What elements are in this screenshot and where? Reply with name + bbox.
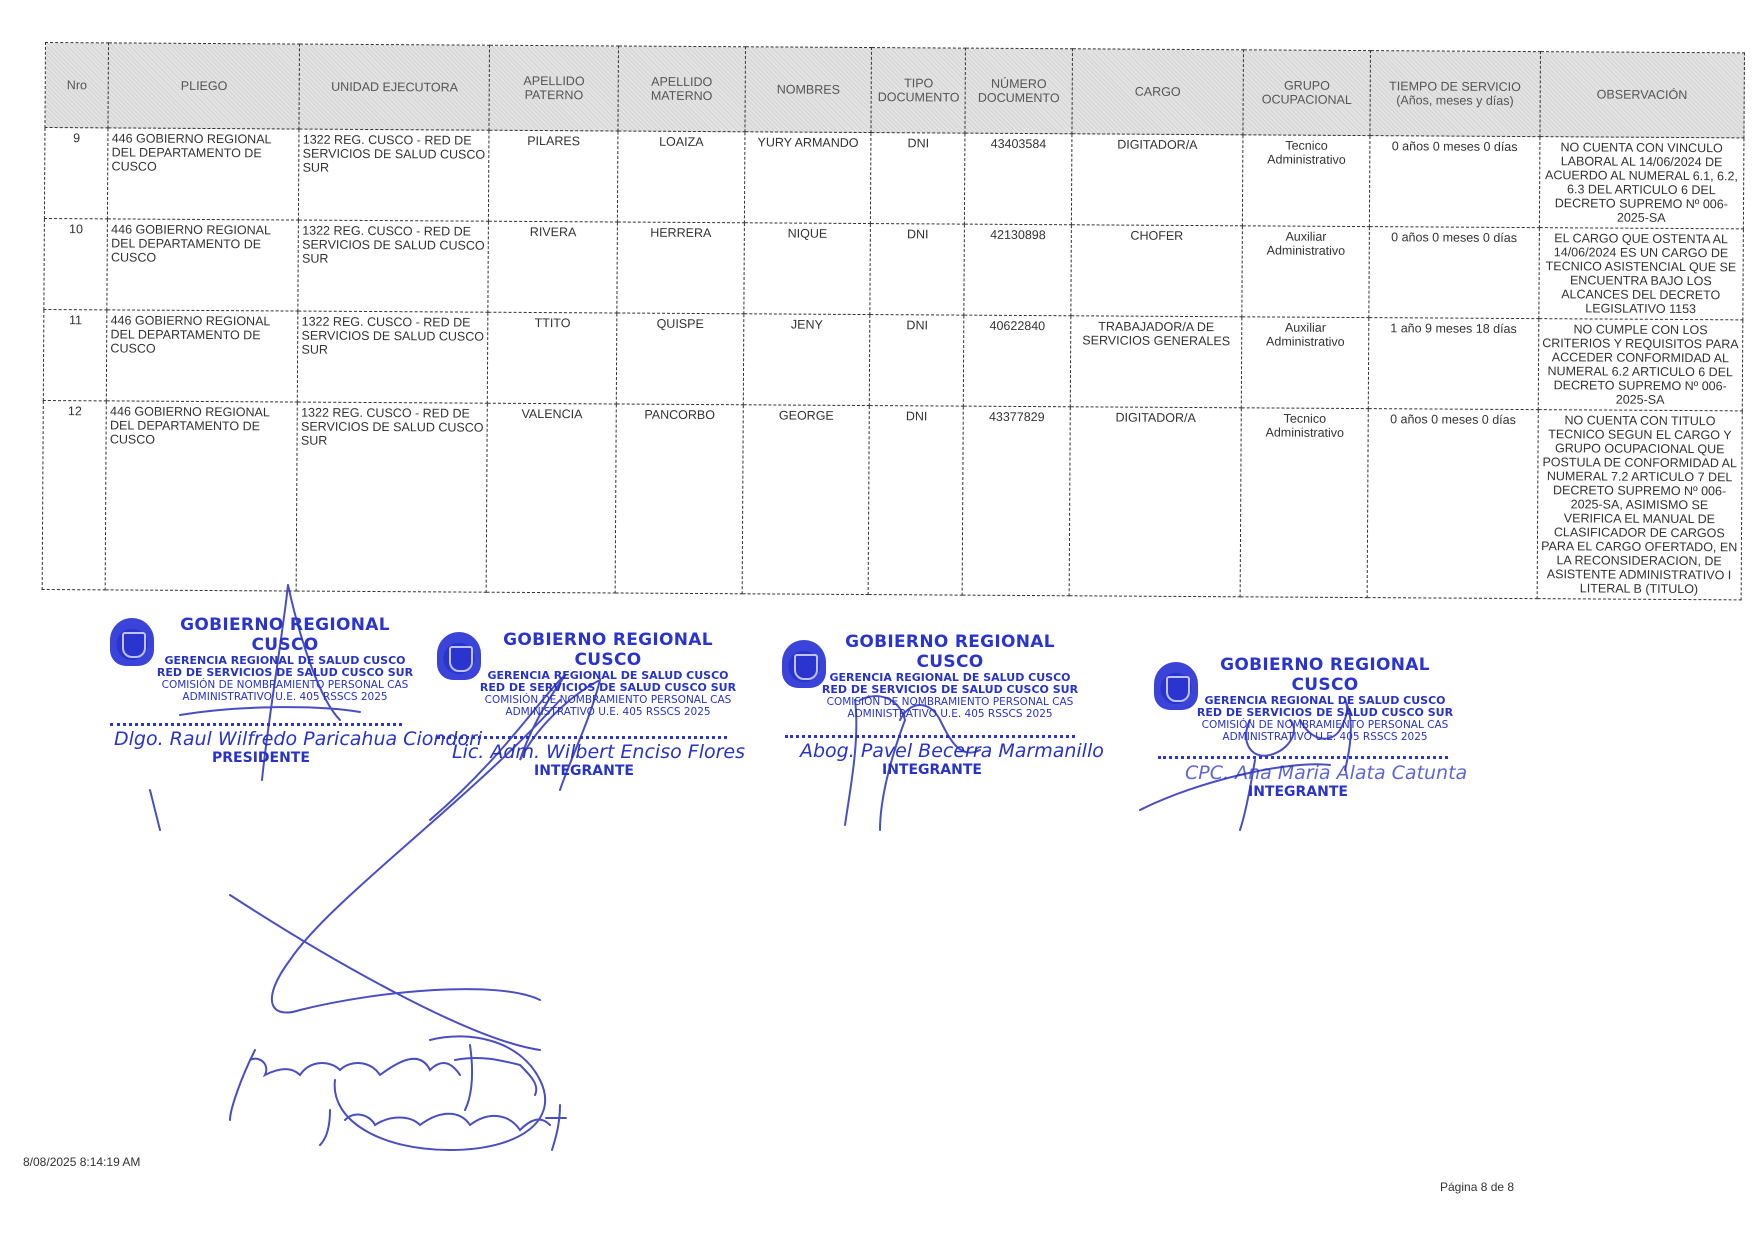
- signatory-name: Lic. Adm. Wilbert Enciso Flores: [452, 741, 745, 763]
- cell-nro: 12: [42, 400, 106, 589]
- stamp-line: RED DE SERVICIOS DE SALUD CUSCO SUR: [1195, 707, 1455, 719]
- header-apellido-paterno: APELLIDO PATERNO: [489, 45, 618, 131]
- table-row: 12 446 GOBIERNO REGIONAL DEL DEPARTAMENT…: [42, 400, 1742, 599]
- header-grupo-ocupacional: GRUPO OCUPACIONAL: [1243, 50, 1370, 136]
- cell-tipo-doc: DNI: [870, 224, 965, 316]
- cell-materno: LOAIZA: [618, 131, 745, 223]
- cell-materno: PANCORBO: [615, 404, 743, 594]
- signatory-role: INTEGRANTE: [882, 762, 982, 778]
- header-tiempo-servicio: TIEMPO DE SERVICIO (Años, meses y días): [1370, 51, 1540, 137]
- header-apellido-materno: APELLIDO MATERNO: [618, 46, 745, 132]
- cell-nombres: JENY: [743, 314, 870, 406]
- cell-paterno: VALENCIA: [487, 403, 617, 593]
- stamp-line: RED DE SERVICIOS DE SALUD CUSCO SUR: [820, 684, 1080, 696]
- stamp-line: RED DE SERVICIOS DE SALUD CUSCO SUR: [150, 667, 420, 679]
- coat-of-arms-icon: [437, 632, 481, 680]
- header-cargo: CARGO: [1072, 49, 1244, 135]
- cell-pliego: 446 GOBIERNO REGIONAL DEL DEPARTAMENTO D…: [107, 310, 299, 402]
- cell-tiempo: 0 años 0 meses 0 días: [1369, 136, 1539, 228]
- stamp-line: RED DE SERVICIOS DE SALUD CUSCO SUR: [478, 682, 738, 694]
- cell-paterno: PILARES: [489, 130, 618, 222]
- cell-unidad: 1322 REG. CUSCO - RED DE SERVICIOS DE SA…: [297, 402, 488, 592]
- coat-of-arms-icon: [110, 618, 154, 666]
- cell-nombres: YURY ARMANDO: [744, 132, 871, 224]
- cell-nro: 11: [43, 309, 107, 400]
- cell-nombres: NIQUE: [744, 223, 871, 315]
- stamp-line: COMISIÓN DE NOMBRAMIENTO PERSONAL CAS: [1195, 719, 1455, 731]
- signatory-role: INTEGRANTE: [1248, 784, 1348, 800]
- stamp-title: GOBIERNO REGIONAL CUSCO: [478, 630, 738, 670]
- cell-tiempo: 0 años 0 meses 0 días: [1369, 227, 1539, 319]
- stamp-line: ADMINISTRATIVO U.E. 405 RSSCS 2025: [478, 706, 738, 718]
- cell-observacion: NO CUENTA CON VINCULO LABORAL AL 14/06/2…: [1539, 137, 1744, 229]
- table-row: 11 446 GOBIERNO REGIONAL DEL DEPARTAMENT…: [43, 309, 1743, 410]
- stamp-line: ADMINISTRATIVO U.E. 405 RSSCS 2025: [1195, 731, 1455, 743]
- cell-num-doc: 43377829: [963, 406, 1070, 596]
- cell-pliego: 446 GOBIERNO REGIONAL DEL DEPARTAMENTO D…: [107, 219, 299, 311]
- cell-materno: HERRERA: [617, 222, 744, 314]
- stamp-line: COMISIÓN DE NOMBRAMIENTO PERSONAL CAS: [478, 694, 738, 706]
- cell-grupo: Tecnico Administrativo: [1240, 408, 1368, 598]
- header-unidad-ejecutora: UNIDAD EJECUTORA: [299, 44, 490, 130]
- header-pliego: PLIEGO: [108, 43, 300, 129]
- cell-unidad: 1322 REG. CUSCO - RED DE SERVICIOS DE SA…: [299, 129, 490, 221]
- cell-num-doc: 40622840: [964, 315, 1071, 407]
- signatory-name: Abog. Pavel Becerra Marmanillo: [800, 740, 1104, 762]
- header-observacion: OBSERVACIÓN: [1540, 52, 1745, 138]
- cell-nro: 9: [44, 128, 108, 219]
- signatory-role: INTEGRANTE: [534, 763, 634, 779]
- signatory-role: PRESIDENTE: [212, 750, 310, 766]
- header-nro: Nro: [45, 43, 109, 128]
- stamp-line: ADMINISTRATIVO U.E. 405 RSSCS 2025: [150, 691, 420, 703]
- cell-pliego: 446 GOBIERNO REGIONAL DEL DEPARTAMENTO D…: [105, 401, 297, 591]
- cell-tiempo: 0 años 0 meses 0 días: [1367, 409, 1538, 599]
- stamp-title: GOBIERNO REGIONAL CUSCO: [820, 632, 1080, 672]
- stamp-title: GOBIERNO REGIONAL CUSCO: [150, 615, 420, 655]
- cell-cargo: TRABAJADOR/A DE SERVICIOS GENERALES: [1070, 316, 1242, 408]
- stamp-line: ADMINISTRATIVO U.E. 405 RSSCS 2025: [820, 708, 1080, 720]
- signature-line: [437, 736, 727, 739]
- cell-grupo: Auxiliar Administrativo: [1242, 317, 1369, 409]
- stamp-2: GOBIERNO REGIONAL CUSCO GERENCIA REGIONA…: [478, 630, 738, 718]
- print-timestamp: 8/08/2025 8:14:19 AM: [23, 1155, 140, 1169]
- cell-observacion: NO CUENTA CON TITULO TECNICO SEGUN EL CA…: [1537, 410, 1743, 600]
- cell-paterno: RIVERA: [488, 221, 617, 313]
- stamp-line: COMISIÓN DE NOMBRAMIENTO PERSONAL CAS: [150, 679, 420, 691]
- stamp-4: GOBIERNO REGIONAL CUSCO GERENCIA REGIONA…: [1195, 655, 1455, 743]
- cell-cargo: DIGITADOR/A: [1071, 134, 1243, 226]
- cell-cargo: DIGITADOR/A: [1069, 407, 1242, 597]
- stamp-title: GOBIERNO REGIONAL CUSCO: [1195, 655, 1455, 695]
- cell-paterno: TTITO: [488, 312, 617, 404]
- cell-unidad: 1322 REG. CUSCO - RED DE SERVICIOS DE SA…: [298, 311, 489, 403]
- cell-tipo-doc: DNI: [869, 406, 964, 596]
- stamp-line: COMISIÓN DE NOMBRAMIENTO PERSONAL CAS: [820, 696, 1080, 708]
- cell-pliego: 446 GOBIERNO REGIONAL DEL DEPARTAMENTO D…: [108, 128, 300, 220]
- signatory-name: Dlgo. Raul Wilfredo Paricahua Ciondori: [114, 728, 482, 750]
- header-nombres: NOMBRES: [745, 47, 872, 133]
- signatory-name: CPC. Ana Maria Alata Catunta: [1185, 762, 1467, 784]
- cell-tipo-doc: DNI: [870, 315, 965, 407]
- stamp-1: GOBIERNO REGIONAL CUSCO GERENCIA REGIONA…: [150, 615, 420, 703]
- cell-nro: 10: [44, 218, 108, 309]
- table-header-row: Nro PLIEGO UNIDAD EJECUTORA APELLIDO PAT…: [45, 43, 1744, 138]
- cell-grupo: Auxiliar Administrativo: [1242, 226, 1369, 318]
- signature-line: [785, 735, 1075, 738]
- header-tipo-documento: TIPO DOCUMENTO: [871, 48, 966, 134]
- cell-grupo: Tecnico Administrativo: [1243, 135, 1370, 227]
- cell-tipo-doc: DNI: [871, 133, 966, 225]
- cell-unidad: 1322 REG. CUSCO - RED DE SERVICIOS DE SA…: [298, 220, 489, 312]
- cell-observacion: NO CUMPLE CON LOS CRITERIOS Y REQUISITOS…: [1538, 319, 1743, 411]
- cell-materno: QUISPE: [616, 313, 743, 405]
- signature-line: [1158, 756, 1448, 759]
- cell-observacion: EL CARGO QUE OSTENTA AL 14/06/2024 ES UN…: [1538, 228, 1743, 320]
- header-numero-documento: NÚMERO DOCUMENTO: [965, 48, 1072, 134]
- table-row: 10 446 GOBIERNO REGIONAL DEL DEPARTAMENT…: [44, 218, 1744, 319]
- stamp-3: GOBIERNO REGIONAL CUSCO GERENCIA REGIONA…: [820, 632, 1080, 720]
- table-row: 9 446 GOBIERNO REGIONAL DEL DEPARTAMENTO…: [44, 128, 1744, 229]
- observations-table: Nro PLIEGO UNIDAD EJECUTORA APELLIDO PAT…: [42, 42, 1745, 600]
- page-number: Página 8 de 8: [1440, 1180, 1514, 1194]
- cell-num-doc: 42130898: [964, 224, 1071, 316]
- coat-of-arms-icon: [1154, 662, 1198, 710]
- cell-tiempo: 1 año 9 meses 18 días: [1368, 318, 1538, 410]
- cell-nombres: GEORGE: [742, 405, 870, 595]
- signature-line: [110, 723, 402, 726]
- document-page: Nro PLIEGO UNIDAD EJECUTORA APELLIDO PAT…: [0, 0, 1754, 1240]
- cell-cargo: CHOFER: [1071, 225, 1243, 317]
- cell-num-doc: 43403584: [965, 133, 1072, 225]
